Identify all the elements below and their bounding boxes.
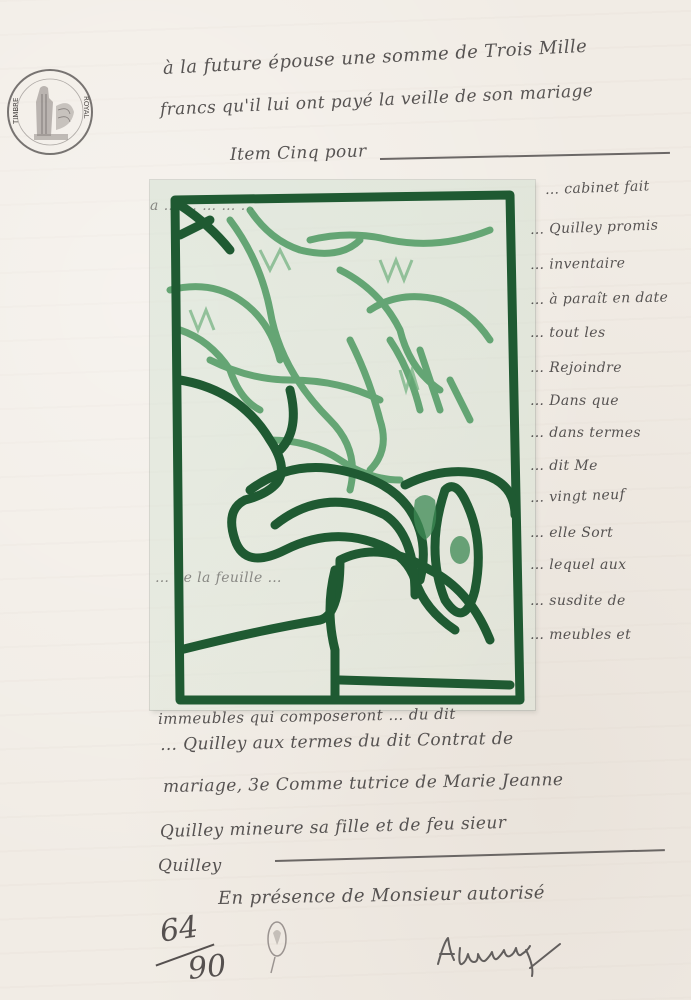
manuscript-sheet: TIMBRE ROYAL à la future épouse une somm… bbox=[0, 0, 691, 1000]
manuscript-line: … vingt neuf bbox=[530, 487, 626, 506]
manuscript-line: Item Cinq pour bbox=[230, 141, 367, 165]
oval-blind-stamp-icon bbox=[263, 917, 291, 975]
manuscript-line: à la future épouse une somme de Trois Mi… bbox=[162, 36, 587, 79]
edition-number: 64 90 bbox=[150, 912, 240, 992]
manuscript-line: … Quilley aux termes du dit Contrat de bbox=[160, 729, 514, 755]
manuscript-line: … cabinet fait bbox=[545, 178, 650, 198]
line-filler-rule bbox=[380, 152, 670, 160]
seal-text-right: ROYAL bbox=[82, 96, 90, 119]
manuscript-line: … Rejoindre bbox=[530, 360, 622, 376]
line-filler-rule bbox=[275, 849, 665, 861]
manuscript-line: … à paraît en date bbox=[530, 290, 669, 308]
manuscript-line: … meubles et bbox=[530, 627, 631, 643]
manuscript-line: … tout les bbox=[530, 325, 606, 341]
manuscript-line: … inventaire bbox=[530, 255, 626, 273]
manuscript-line: En présence de Monsieur autorisé bbox=[218, 882, 545, 909]
royal-seal-icon: TIMBRE ROYAL bbox=[4, 66, 96, 158]
manuscript-line: … lequel aux bbox=[530, 557, 626, 573]
etching-artwork bbox=[150, 180, 535, 710]
manuscript-line: … Dans que bbox=[530, 393, 619, 409]
manuscript-line: mariage, 3e Comme tutrice de Marie Jeann… bbox=[163, 770, 564, 797]
artist-signature: Alechinsky bbox=[430, 930, 600, 980]
manuscript-line: francs qu'il lui ont payé la veille de s… bbox=[160, 81, 594, 120]
manuscript-line: Quilley mineure sa fille et de feu sieur bbox=[160, 813, 507, 842]
manuscript-line: … dans termes bbox=[530, 425, 641, 441]
seal-text-left: TIMBRE bbox=[12, 98, 20, 125]
manuscript-line: … elle Sort bbox=[530, 525, 613, 541]
manuscript-line: … Quilley promis bbox=[530, 218, 659, 238]
edition-denominator: 90 bbox=[186, 948, 228, 987]
manuscript-line: Quilley bbox=[158, 856, 222, 876]
manuscript-line: … susdite de bbox=[530, 593, 626, 609]
edition-numerator: 64 bbox=[158, 910, 201, 950]
manuscript-line: immeubles qui composeront … du dit bbox=[158, 705, 456, 728]
manuscript-line: … dit Me bbox=[530, 458, 598, 474]
